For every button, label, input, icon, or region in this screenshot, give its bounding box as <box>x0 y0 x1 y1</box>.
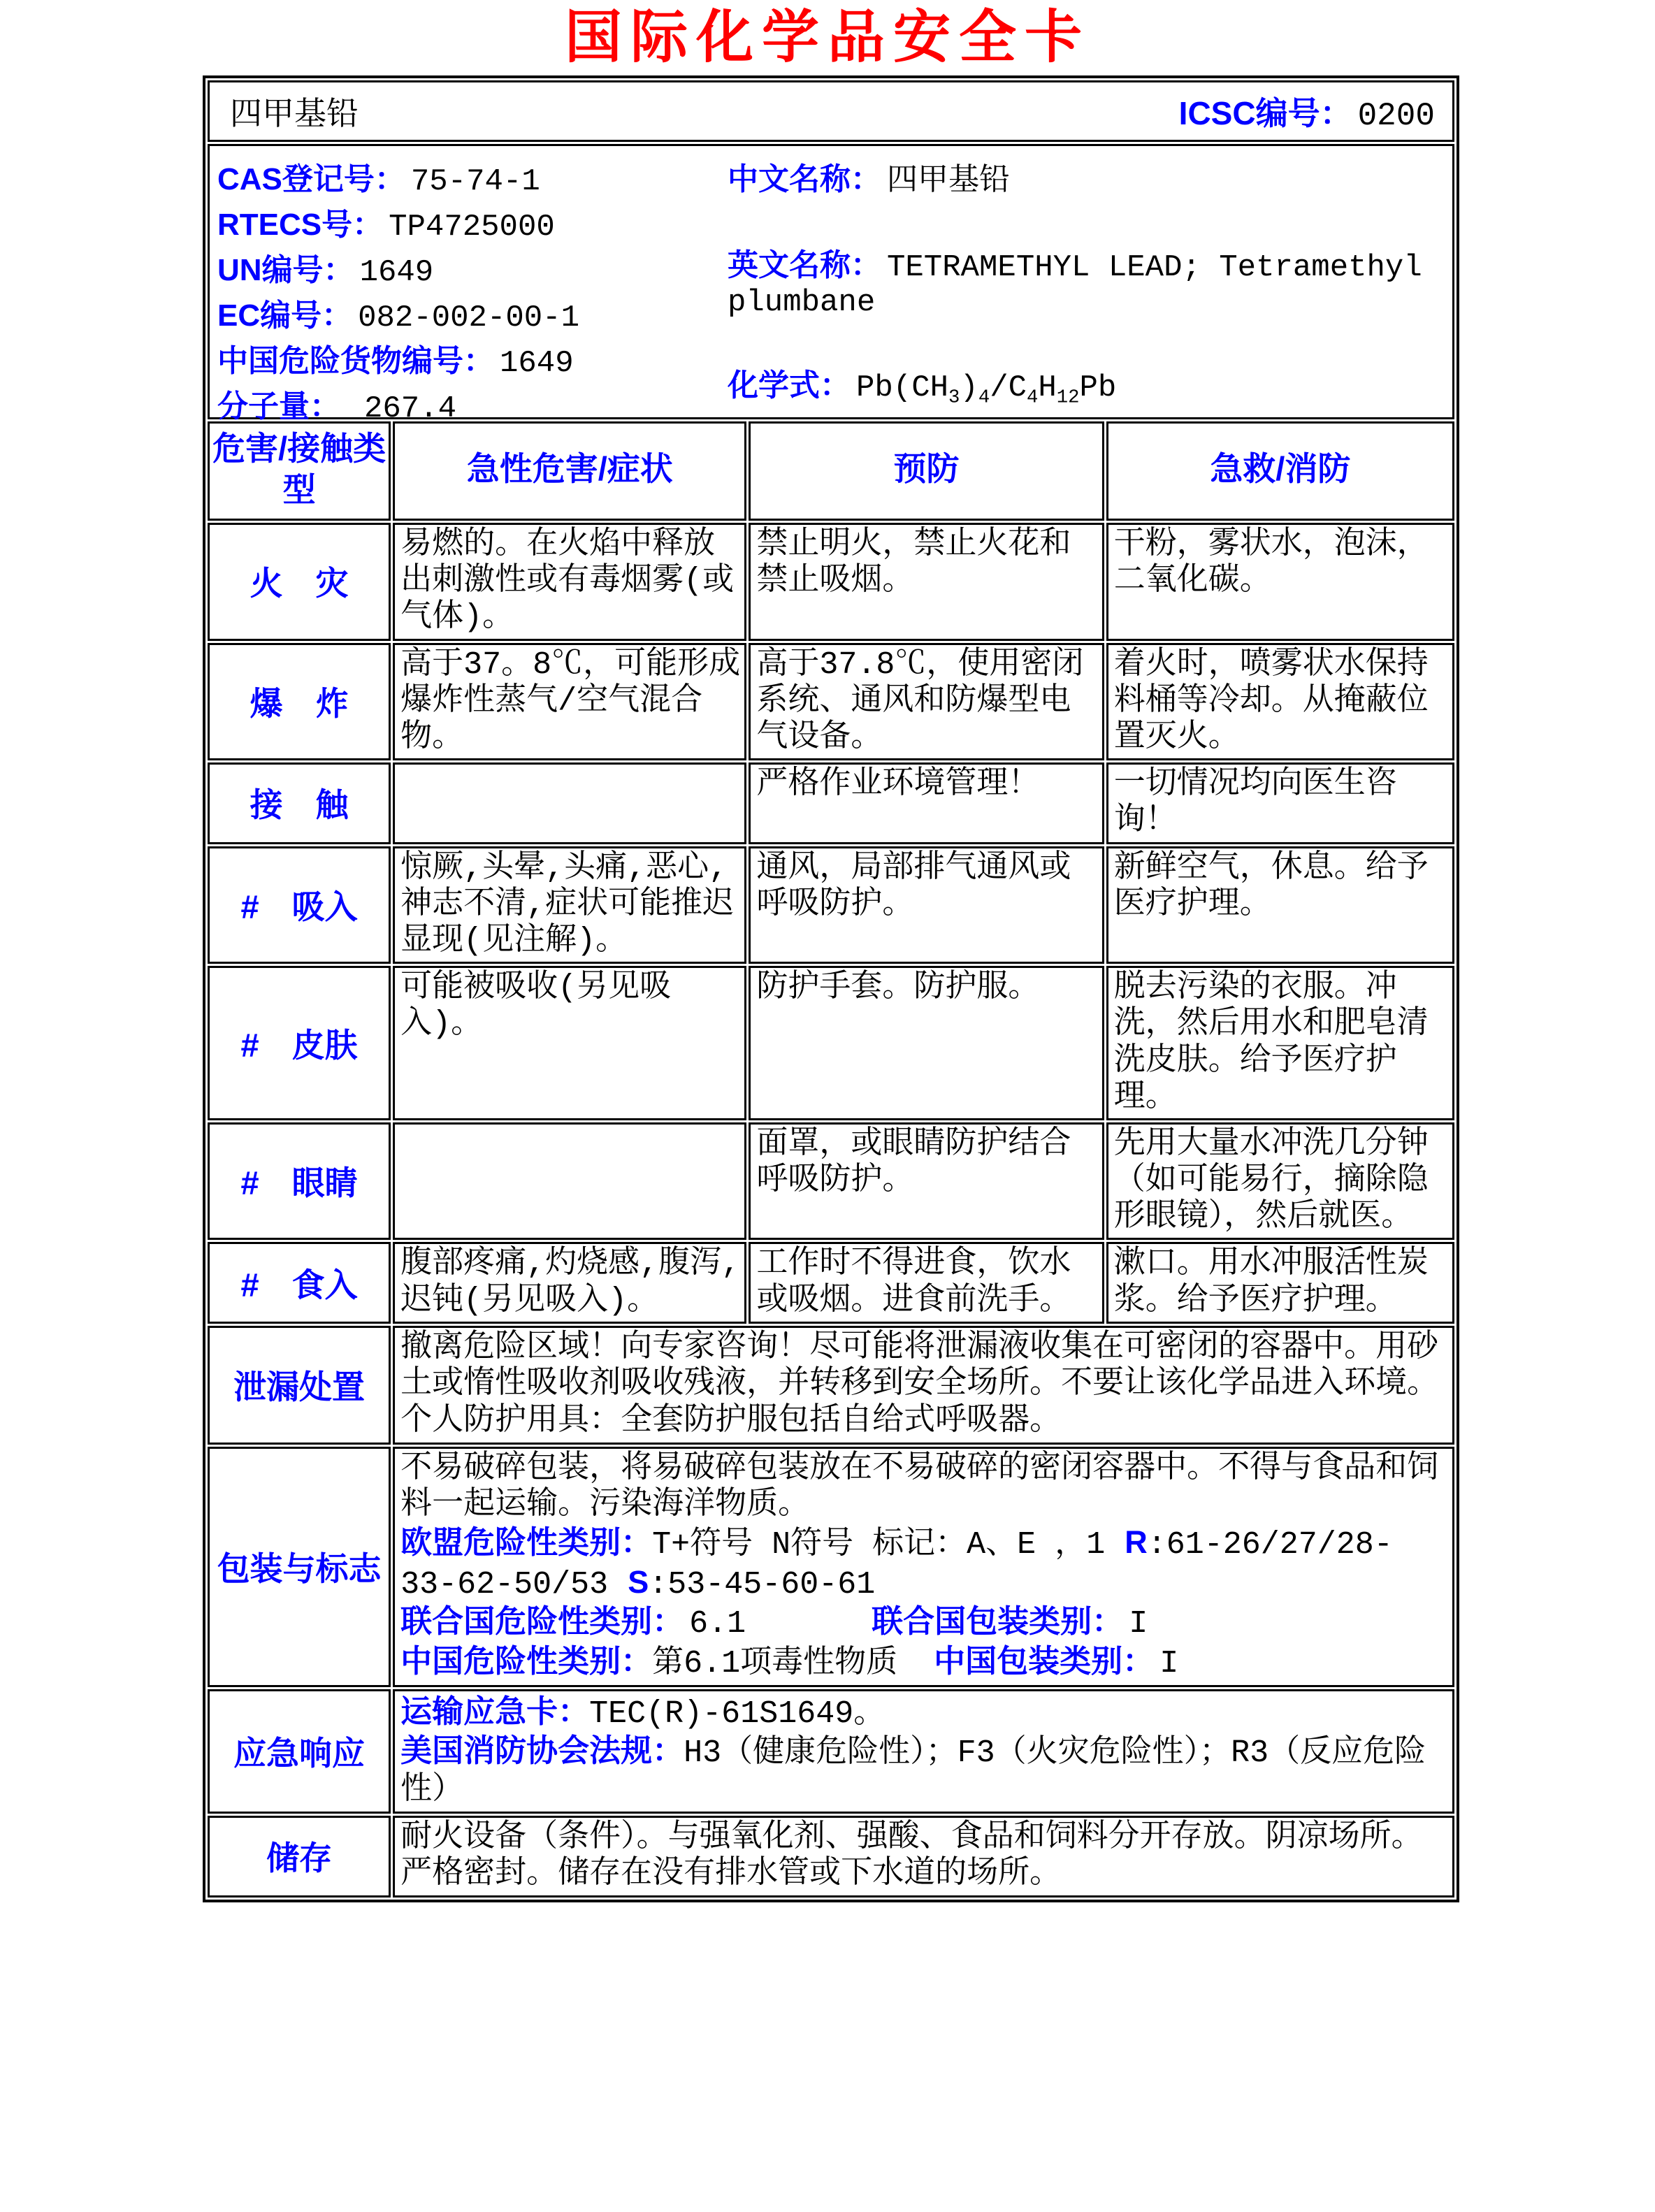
rtecs-number-line: RTECS号：TP4725000 <box>217 199 728 245</box>
formula-part: /C <box>990 370 1027 405</box>
cn-hazard-class-label: 中国危险性类别： <box>400 1643 652 1679</box>
nfpa-line: 美国消防协会法规：H3（健康危险性）；F3（火灾危险性）；R3（反应危险性） <box>400 1733 1448 1809</box>
ec-number-line: EC编号：082-002-00-1 <box>217 290 728 335</box>
section-row-storage: 储存 耐火设备（条件）。与强氧化剂、强酸、食品和饲料分开存放。阴凉场所。严格密封… <box>208 1816 1454 1897</box>
cn-pack-group-value: I <box>1159 1646 1178 1682</box>
icsc-number-label: ICSC编号： <box>1179 95 1352 131</box>
row-label-exposure: 接 触 <box>208 762 391 844</box>
eu-hazard-class-label: 欧盟危险性类别： <box>400 1524 652 1560</box>
emergency-content: 运输应急卡：TEC(R)-61S1649。 美国消防协会法规：H3（健康危险性）… <box>393 1689 1454 1814</box>
molecular-weight-line: 分子量：267.4 <box>217 381 728 426</box>
row-label-inhalation: # 吸入 <box>208 846 391 964</box>
substance-name: 四甲基铅 <box>230 88 359 134</box>
formula-subscript: 4 <box>978 387 990 409</box>
transport-emergency-card-line: 运输应急卡：TEC(R)-61S1649。 <box>400 1693 1448 1733</box>
un-hazard-class-label: 联合国危险性类别： <box>400 1603 684 1639</box>
cn-hazard-class-value: 第6.1项毒性物质 <box>652 1646 897 1682</box>
identification-left-column: CAS登记号：75-74-1 RTECS号：TP4725000 UN编号：164… <box>217 154 728 405</box>
molecular-weight-label: 分子量： <box>217 389 340 424</box>
s-phrases-value: :53-45-60-61 <box>649 1567 875 1603</box>
identification-row: CAS登记号：75-74-1 RTECS号：TP4725000 UN编号：164… <box>208 144 1454 419</box>
column-header-label: 危害/接触类型 <box>210 428 388 511</box>
exposure-prevention-cell: 严格作业环境管理！ <box>749 762 1104 844</box>
un-label: UN编号： <box>217 253 354 287</box>
english-name-line: 英文名称：TETRAMETHYL LEAD; Tetramethyl plumb… <box>728 240 1445 320</box>
icsc-number-value: 0200 <box>1358 98 1435 134</box>
section-label-emergency: 应急响应 <box>208 1689 391 1814</box>
explosion-symptoms-cell: 高于37。8℃，可能形成爆炸性蒸气/空气混合物。 <box>393 643 746 761</box>
skin-response-cell: 脱去污染的衣服。冲洗，然后用水和肥皂清洗皮肤。给予医疗护理。 <box>1106 966 1454 1120</box>
row-label-text: 接 触 <box>250 786 349 823</box>
china-dg-label: 中国危险货物编号： <box>217 344 494 378</box>
icsc-number-group: ICSC编号：0200 <box>1179 88 1435 134</box>
packaging-general-text: 不易破碎包装，将易破碎包装放在不易破碎的密闭容器中。不得与食品和饲料一起运输。污… <box>400 1451 1448 1524</box>
column-header-prevention: 预防 <box>749 421 1104 521</box>
column-header-symptoms: 急性危害/症状 <box>393 421 746 521</box>
rtecs-label: RTECS号： <box>217 208 383 242</box>
hazard-header-row: 危害/接触类型 急性危害/症状 预防 急救/消防 <box>208 421 1454 521</box>
hazard-row-ingestion: # 食入 腹部疼痛,灼烧感,腹泻,迟钝(另见吸入)。 工作时不得进食，饮水或吸烟… <box>208 1242 1454 1323</box>
eyes-response-cell: 先用大量水冲洗几分钟（如可能易行，摘除隐形眼镜），然后就医。 <box>1106 1122 1454 1241</box>
rtecs-value: TP4725000 <box>389 210 555 245</box>
formula-part: Pb(CH <box>856 370 948 405</box>
row-label-text: # 皮肤 <box>241 1027 358 1064</box>
formula-subscript: 12 <box>1057 387 1080 409</box>
inhalation-prevention-cell: 通风，局部排气通风或呼吸防护。 <box>749 846 1104 964</box>
formula-part: ) <box>960 370 978 405</box>
inhalation-symptoms-cell: 惊厥,头晕,头痛,恶心,神志不清,症状可能推迟显现(见注解)。 <box>393 846 746 964</box>
china-dg-number-line: 中国危险货物编号：1649 <box>217 335 728 381</box>
row-label-eyes: # 眼睛 <box>208 1122 391 1241</box>
fire-symptoms-cell: 易燃的。在火焰中释放出刺激性或有毒烟雾(或气体)。 <box>393 523 746 641</box>
page-title: 国际化学品安全卡 <box>0 7 1655 67</box>
packaging-content: 不易破碎包装，将易破碎包装放在不易破碎的密闭容器中。不得与食品和饲料一起运输。污… <box>393 1447 1454 1687</box>
nfpa-label: 美国消防协会法规： <box>400 1733 684 1768</box>
section-row-spill: 泄漏处置 撤离危险区域！向专家咨询！尽可能将泄漏液收集在可密闭的容器中。用砂土或… <box>208 1326 1454 1445</box>
storage-content: 耐火设备（条件）。与强氧化剂、强酸、食品和饲料分开存放。阴凉场所。严格密封。储存… <box>393 1816 1454 1897</box>
hazard-row-exposure: 接 触 严格作业环境管理！ 一切情况均向医生咨询！ <box>208 762 1454 844</box>
chinese-name-value: 四甲基铅 <box>887 164 1010 199</box>
exposure-symptoms-cell <box>393 762 746 844</box>
eyes-symptoms-cell <box>393 1122 746 1241</box>
formula-label: 化学式： <box>728 368 851 403</box>
un-number-line: UN编号：1649 <box>217 245 728 290</box>
eyes-prevention-cell: 面罩，或眼睛防护结合呼吸防护。 <box>749 1122 1104 1241</box>
section-label-text: 包装与标志 <box>217 1550 382 1587</box>
formula-part: Pb <box>1080 370 1117 405</box>
cas-number-line: CAS登记号：75-74-1 <box>217 154 728 199</box>
row-label-text: 爆 炸 <box>250 685 349 722</box>
ec-value: 082-002-00-1 <box>358 301 579 335</box>
inhalation-response-cell: 新鲜空气，休息。给予医疗护理。 <box>1106 846 1454 964</box>
eu-hazard-class-value: T+符号 N符号 标记：A、E ，1 <box>652 1527 1105 1563</box>
formula-subscript: 4 <box>1027 387 1038 409</box>
section-label-text: 泄漏处置 <box>233 1368 365 1405</box>
column-header-hazard-type: 危害/接触类型 <box>208 421 391 521</box>
section-label-storage: 储存 <box>208 1816 391 1897</box>
ingestion-prevention-cell: 工作时不得进食，饮水或吸烟。进食前洗手。 <box>749 1242 1104 1323</box>
explosion-response-cell: 着火时，喷雾状水保持料桶等冷却。从掩蔽位置灭火。 <box>1106 643 1454 761</box>
row-label-fire: 火 灾 <box>208 523 391 641</box>
icsc-table: 四甲基铅 ICSC编号：0200 CAS登记号：75-74-1 RTECS号：T… <box>203 75 1459 1902</box>
identification-right-column: 中文名称：四甲基铅 英文名称：TETRAMETHYL LEAD; Tetrame… <box>728 154 1445 405</box>
un-hazard-class-value: 6.1 <box>689 1606 746 1642</box>
cn-class-line: 中国危险性类别：第6.1项毒性物质中国包装类别：I <box>400 1643 1448 1683</box>
s-phrases-label: S <box>628 1564 649 1600</box>
chinese-name-label: 中文名称： <box>728 162 881 196</box>
spill-content: 撤离危险区域！向专家咨询！尽可能将泄漏液收集在可密闭的容器中。用砂土或惰性吸收剂… <box>393 1326 1454 1445</box>
section-label-spill: 泄漏处置 <box>208 1326 391 1445</box>
hazard-row-inhalation: # 吸入 惊厥,头晕,头痛,恶心,神志不清,症状可能推迟显现(见注解)。 通风，… <box>208 846 1454 964</box>
row-label-ingestion: # 食入 <box>208 1242 391 1323</box>
formula-part: H <box>1038 370 1056 405</box>
section-label-packaging: 包装与标志 <box>208 1447 391 1687</box>
fire-prevention-cell: 禁止明火，禁止火花和禁止吸烟。 <box>749 523 1104 641</box>
hazard-row-skin: # 皮肤 可能被吸收(另见吸入)。 防护手套。防护服。 脱去污染的衣服。冲洗，然… <box>208 966 1454 1120</box>
un-pack-group-label: 联合国包装类别： <box>872 1603 1123 1639</box>
column-header-label: 急救/消防 <box>1210 449 1350 490</box>
tec-value: TEC(R)-61S1649。 <box>589 1696 885 1732</box>
ingestion-response-cell: 漱口。用水冲服活性炭浆。给予医疗护理。 <box>1106 1242 1454 1323</box>
china-dg-value: 1649 <box>500 346 574 381</box>
column-header-label: 急性危害/症状 <box>467 449 673 490</box>
row-label-text: # 眼睛 <box>241 1164 358 1201</box>
fire-response-cell: 干粉，雾状水，泡沫，二氧化碳。 <box>1106 523 1454 641</box>
ec-label: EC编号： <box>217 298 352 333</box>
row-label-text: 火 灾 <box>250 565 349 602</box>
formula-subscript: 3 <box>948 387 960 409</box>
un-value: 1649 <box>360 255 434 290</box>
row-label-skin: # 皮肤 <box>208 966 391 1120</box>
section-row-packaging: 包装与标志 不易破碎包装，将易破碎包装放在不易破碎的密闭容器中。不得与食品和饲料… <box>208 1447 1454 1687</box>
un-class-line: 联合国危险性类别：6.1联合国包装类别：I <box>400 1603 1448 1643</box>
skin-symptoms-cell: 可能被吸收(另见吸入)。 <box>393 966 746 1120</box>
exposure-response-cell: 一切情况均向医生咨询！ <box>1106 762 1454 844</box>
header-row: 四甲基铅 ICSC编号：0200 <box>208 80 1454 142</box>
un-pack-group-value: I <box>1129 1606 1148 1642</box>
chinese-name-line: 中文名称：四甲基铅 <box>728 154 1445 199</box>
eu-hazard-class-line: 欧盟危险性类别：T+符号 N符号 标记：A、E ，1R:61-26/27/28-… <box>400 1524 1448 1603</box>
section-label-text: 应急响应 <box>233 1735 365 1772</box>
icsc-card: 四甲基铅 ICSC编号：0200 CAS登记号：75-74-1 RTECS号：T… <box>203 75 1459 1902</box>
column-header-firstaid: 急救/消防 <box>1106 421 1454 521</box>
section-row-emergency: 应急响应 运输应急卡：TEC(R)-61S1649。 美国消防协会法规：H3（健… <box>208 1689 1454 1814</box>
skin-prevention-cell: 防护手套。防护服。 <box>749 966 1104 1120</box>
row-label-text: # 吸入 <box>241 888 358 925</box>
hazard-row-fire: 火 灾 易燃的。在火焰中释放出刺激性或有毒烟雾(或气体)。 禁止明火，禁止火花和… <box>208 523 1454 641</box>
cas-label: CAS登记号： <box>217 162 405 196</box>
cn-pack-group-label: 中国包装类别： <box>934 1643 1154 1679</box>
hazard-row-explosion: 爆 炸 高于37。8℃，可能形成爆炸性蒸气/空气混合物。 高于37.8℃，使用密… <box>208 643 1454 761</box>
molecular-weight-value: 267.4 <box>364 391 456 426</box>
english-name-label: 英文名称： <box>728 248 881 282</box>
row-label-explosion: 爆 炸 <box>208 643 391 761</box>
hazard-row-eyes: # 眼睛 面罩，或眼睛防护结合呼吸防护。 先用大量水冲洗几分钟（如可能易行，摘除… <box>208 1122 1454 1241</box>
column-header-label: 预防 <box>894 449 960 490</box>
formula-value: Pb(CH3)4/C4H12Pb <box>856 370 1116 405</box>
row-label-text: # 食入 <box>241 1266 358 1303</box>
ingestion-symptoms-cell: 腹部疼痛,灼烧感,腹泻,迟钝(另见吸入)。 <box>393 1242 746 1323</box>
r-phrases-label: R <box>1125 1524 1148 1560</box>
explosion-prevention-cell: 高于37.8℃，使用密闭系统、通风和防爆型电气设备。 <box>749 643 1104 761</box>
formula-line: 化学式：Pb(CH3)4/C4H12Pb <box>728 360 1445 405</box>
tec-label: 运输应急卡： <box>400 1693 589 1729</box>
section-label-text: 储存 <box>266 1839 332 1877</box>
cas-value: 75-74-1 <box>411 164 540 199</box>
